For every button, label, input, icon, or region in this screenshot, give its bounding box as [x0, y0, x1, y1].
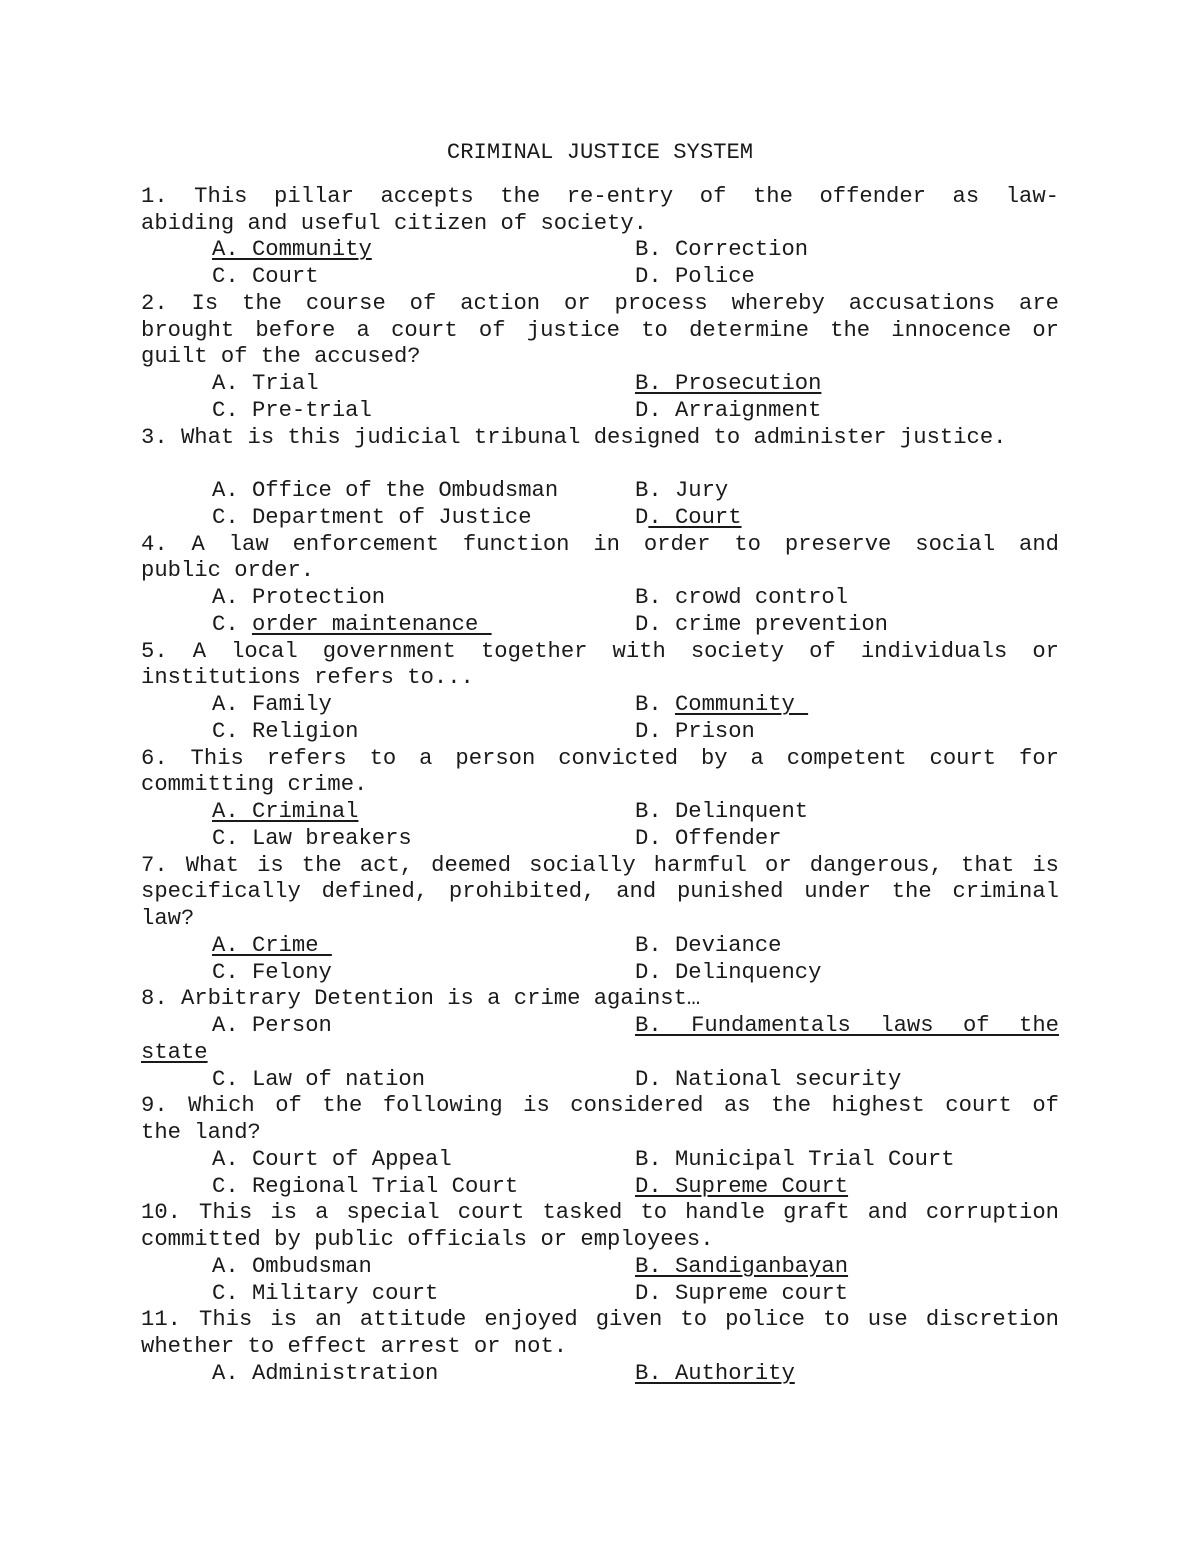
question-3-options-row-1: A. Office of the Ombudsman B. Jury — [141, 478, 1059, 505]
question-5-line-2: institutions refers to... — [141, 665, 1059, 692]
correct-answer-b: B. Sandiganbayan — [635, 1254, 848, 1279]
option-b[interactable]: B. Jury — [635, 478, 728, 505]
question-11: 11. This is an attitude enjoyed given to… — [141, 1307, 1059, 1387]
correct-answer-b: B. Authority — [635, 1361, 795, 1386]
correct-answer-a: A. Criminal — [212, 799, 358, 824]
question-9-options-row-1: A. Court of Appeal B. Municipal Trial Co… — [141, 1147, 1059, 1174]
option-c[interactable]: C. Pre-trial — [212, 398, 635, 425]
option-b[interactable]: B. Deviance — [635, 933, 781, 960]
option-c[interactable]: C. Department of Justice — [212, 505, 635, 532]
correct-answer-d: . Court — [648, 505, 741, 530]
option-d[interactable]: D. Delinquency — [635, 960, 821, 987]
option-a[interactable]: A. Family — [212, 692, 635, 719]
option-a[interactable]: A. Ombudsman — [212, 1254, 635, 1281]
question-6-options-row-2: C. Law breakers D. Offender — [141, 826, 1059, 853]
question-3-line-1: 3. What is this judicial tribunal design… — [141, 425, 1059, 452]
option-c[interactable]: C. order maintenance — [212, 612, 635, 639]
option-b[interactable]: B. Delinquent — [635, 799, 808, 826]
question-7-options-row-1: A. Crime B. Deviance — [141, 933, 1059, 960]
question-5-options-row-1: A. Family B. Community — [141, 692, 1059, 719]
question-8-line-1: 8. Arbitrary Detention is a crime agains… — [141, 986, 1059, 1013]
question-8: 8. Arbitrary Detention is a crime agains… — [141, 986, 1059, 1093]
question-10-options-row-1: A. Ombudsman B. Sandiganbayan — [141, 1254, 1059, 1281]
question-1-line-2: abiding and useful citizen of society. — [141, 211, 1059, 238]
question-5-options-row-2: C. Religion D. Prison — [141, 719, 1059, 746]
question-8-options-row-2: C. Law of nation D. National security — [141, 1067, 1059, 1094]
question-2: 2. Is the course of action or process wh… — [141, 291, 1059, 425]
question-9-options-row-2: C. Regional Trial Court D. Supreme Court — [141, 1174, 1059, 1201]
option-c-letter: C. — [212, 612, 252, 637]
option-d[interactable]: D. Police — [635, 264, 755, 291]
question-10-line-2: committed by public officials or employe… — [141, 1227, 1059, 1254]
question-4-line-1: 4. A law enforcement function in order t… — [141, 532, 1059, 559]
option-d[interactable]: D. Supreme court — [635, 1281, 848, 1308]
option-d[interactable]: D. National security — [635, 1067, 901, 1094]
option-c[interactable]: C. Law of nation — [212, 1067, 635, 1094]
question-7-line-3: law? — [141, 906, 1059, 933]
option-b[interactable]: B. crowd control — [635, 585, 848, 612]
correct-answer-b-continued: state — [141, 1040, 208, 1065]
question-9-line-1: 9. Which of the following is considered … — [141, 1093, 1059, 1120]
option-d-letter: D — [635, 505, 648, 530]
question-7-line-2: specifically defined, prohibited, and pu… — [141, 879, 1059, 906]
option-b[interactable]: B. Community — [635, 692, 808, 719]
question-3-options-row-2: C. Department of Justice D. Court — [141, 505, 1059, 532]
question-4: 4. A law enforcement function in order t… — [141, 532, 1059, 639]
correct-answer-a: A. Community — [212, 237, 372, 262]
option-a[interactable]: A. Trial — [212, 371, 635, 398]
question-4-options-row-2: C. order maintenance D. crime prevention — [141, 612, 1059, 639]
question-3: 3. What is this judicial tribunal design… — [141, 425, 1059, 532]
correct-answer-d: D. Supreme Court — [635, 1174, 848, 1199]
option-a[interactable]: A. Crime — [212, 933, 635, 960]
option-b[interactable]: B. Municipal Trial Court — [635, 1147, 955, 1174]
option-b[interactable]: B. Sandiganbayan — [635, 1254, 848, 1281]
question-7: 7. What is the act, deemed socially harm… — [141, 853, 1059, 987]
option-d[interactable]: D. crime prevention — [635, 612, 888, 639]
option-d[interactable]: D. Arraignment — [635, 398, 821, 425]
question-6-options-row-1: A. Criminal B. Delinquent — [141, 799, 1059, 826]
question-2-options-row-2: C. Pre-trial D. Arraignment — [141, 398, 1059, 425]
correct-answer-a: A. Crime — [212, 933, 332, 958]
correct-answer-b: B. Fundamentals laws of the — [635, 1013, 1059, 1040]
option-a[interactable]: A. Office of the Ombudsman — [212, 478, 635, 505]
question-1-options-row-2: C. Court D. Police — [141, 264, 1059, 291]
question-4-line-2: public order. — [141, 558, 1059, 585]
option-a[interactable]: A. Protection — [212, 585, 635, 612]
option-d[interactable]: D. Supreme Court — [635, 1174, 848, 1201]
option-b-continuation[interactable]: state — [141, 1040, 1059, 1067]
question-7-options-row-2: C. Felony D. Delinquency — [141, 960, 1059, 987]
option-d[interactable]: D. Prison — [635, 719, 755, 746]
option-c[interactable]: C. Law breakers — [212, 826, 635, 853]
option-a[interactable]: A. Administration — [212, 1361, 635, 1388]
correct-answer-b: B. Prosecution — [635, 371, 821, 396]
option-b-letter: B. — [635, 692, 675, 717]
option-a[interactable]: A. Court of Appeal — [212, 1147, 635, 1174]
option-c[interactable]: C. Court — [212, 264, 635, 291]
option-c[interactable]: C. Military court — [212, 1281, 635, 1308]
option-b[interactable]: B. Authority — [635, 1361, 795, 1388]
question-7-line-1: 7. What is the act, deemed socially harm… — [141, 853, 1059, 880]
option-b[interactable]: B. Correction — [635, 237, 808, 264]
question-1-line-1: 1. This pillar accepts the re-entry of t… — [141, 184, 1059, 211]
question-5: 5. A local government together with soci… — [141, 639, 1059, 746]
question-11-line-2: whether to effect arrest or not. — [141, 1334, 1059, 1361]
question-2-line-2: brought before a court of justice to det… — [141, 318, 1059, 345]
question-8-options-row-1: A. Person B. Fundamentals laws of the — [141, 1013, 1059, 1040]
option-d[interactable]: D. Court — [635, 505, 742, 532]
question-1-options-row-1: A. Community B. Correction — [141, 237, 1059, 264]
document-page: CRIMINAL JUSTICE SYSTEM 1. This pillar a… — [141, 140, 1059, 1388]
question-6-line-2: committing crime. — [141, 772, 1059, 799]
question-9: 9. Which of the following is considered … — [141, 1093, 1059, 1200]
option-b[interactable]: B. Prosecution — [635, 371, 821, 398]
option-a[interactable]: A. Community — [212, 237, 635, 264]
option-b[interactable]: B. Fundamentals laws of the — [635, 1013, 1059, 1040]
question-2-options-row-1: A. Trial B. Prosecution — [141, 371, 1059, 398]
question-1: 1. This pillar accepts the re-entry of t… — [141, 184, 1059, 291]
question-2-line-1: 2. Is the course of action or process wh… — [141, 291, 1059, 318]
question-11-line-1: 11. This is an attitude enjoyed given to… — [141, 1307, 1059, 1334]
question-6-line-1: 6. This refers to a person convicted by … — [141, 746, 1059, 773]
correct-answer-c: order maintenance — [252, 612, 492, 637]
option-d[interactable]: D. Offender — [635, 826, 781, 853]
option-c[interactable]: C. Regional Trial Court — [212, 1174, 635, 1201]
option-a[interactable]: A. Criminal — [212, 799, 635, 826]
option-a[interactable]: A. Person — [212, 1013, 635, 1040]
question-10: 10. This is a special court tasked to ha… — [141, 1200, 1059, 1307]
correct-answer-b: Community — [675, 692, 808, 717]
blank-line — [141, 451, 1059, 478]
question-10-options-row-2: C. Military court D. Supreme court — [141, 1281, 1059, 1308]
question-2-line-3: guilt of the accused? — [141, 344, 1059, 371]
question-11-options-row-1: A. Administration B. Authority — [141, 1361, 1059, 1388]
option-c[interactable]: C. Religion — [212, 719, 635, 746]
question-4-options-row-1: A. Protection B. crowd control — [141, 585, 1059, 612]
question-10-line-1: 10. This is a special court tasked to ha… — [141, 1200, 1059, 1227]
question-6: 6. This refers to a person convicted by … — [141, 746, 1059, 853]
document-title: CRIMINAL JUSTICE SYSTEM — [141, 140, 1059, 167]
option-c[interactable]: C. Felony — [212, 960, 635, 987]
question-5-line-1: 5. A local government together with soci… — [141, 639, 1059, 666]
question-9-line-2: the land? — [141, 1120, 1059, 1147]
